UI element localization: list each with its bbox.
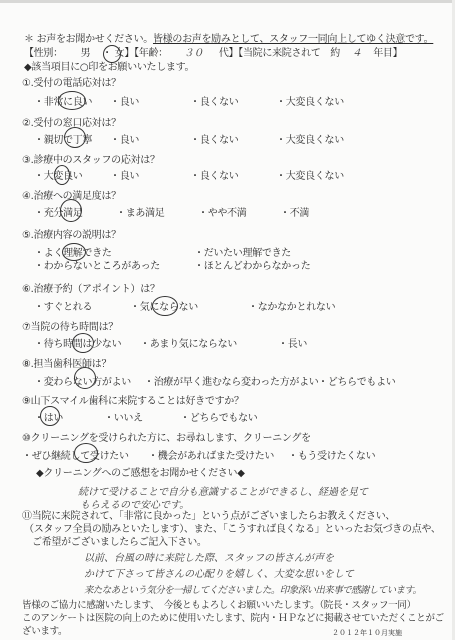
q7-option-3[interactable]: ・長い bbox=[278, 339, 307, 351]
q4-option-4[interactable]: ・不満 bbox=[280, 208, 309, 220]
q10-option-1[interactable]: ・ぜひ継続して受けたい bbox=[22, 451, 129, 463]
q5-option-2[interactable]: ・だいたい理解できた bbox=[194, 248, 291, 260]
respondent-info: 【性別： 男 ・ 女】【年齢： ３０ 代】【当院に来院されて 約 ４ 年目】 bbox=[24, 48, 402, 60]
age-value: ３０ bbox=[184, 48, 203, 59]
q1-option-4[interactable]: ・大変良くない bbox=[276, 97, 344, 109]
question-2-label: ②.受付の窓口応対は？ bbox=[22, 118, 121, 130]
q6-option-2[interactable]: ・気にならない bbox=[130, 302, 198, 314]
question-11-line-3: ご希望がございましたらご記入下さい。 bbox=[32, 537, 207, 549]
q1-option-3[interactable]: ・良くない bbox=[190, 97, 239, 109]
q8-option-2[interactable]: ・治療が早く進むなら変わった方がよい bbox=[144, 377, 319, 389]
visit-label: 【当院に来院されて 約 bbox=[238, 48, 340, 59]
age-suffix: 代】 bbox=[219, 48, 238, 59]
q2-option-2[interactable]: ・良い bbox=[110, 135, 139, 147]
footer-date: ２０１２年１０月実施 bbox=[332, 628, 402, 638]
q3-option-1[interactable]: ・大変良い bbox=[34, 171, 83, 183]
question-4-label: ④.治療への満足度は？ bbox=[22, 191, 121, 203]
q10-option-2[interactable]: ・機会があればまた受けたい bbox=[148, 451, 274, 463]
instruction: ◆該当項目に○印をお願いいたします。 bbox=[24, 62, 194, 74]
q7-option-2[interactable]: ・あまり気にならない bbox=[140, 339, 237, 351]
q8-option-3[interactable]: ・どちらでもよい bbox=[318, 377, 396, 389]
visit-value: ４ bbox=[352, 48, 362, 59]
q11-answer-line-2[interactable]: かけて下さって皆さんの心配りを嬉しく、大変な思いをして bbox=[84, 568, 354, 581]
q11-answer-line-3[interactable]: 来たなあという気分を一掃してくださいました。印象深い出来事で感謝しています。 bbox=[84, 584, 421, 597]
q8-option-1[interactable]: ・変わらない方がよい bbox=[34, 377, 131, 389]
gender-separator: ・ bbox=[102, 48, 112, 59]
cleaning-feedback-line-1[interactable]: 続けて受けることで自分も意識することができるし、経過を見て bbox=[78, 486, 368, 499]
q9-option-1[interactable]: ・はい bbox=[34, 413, 63, 425]
q4-option-3[interactable]: ・やや不満 bbox=[198, 208, 247, 220]
q9-option-3[interactable]: ・どちらでもない bbox=[180, 413, 258, 425]
q9-option-2[interactable]: ・いいえ bbox=[104, 413, 143, 425]
q5-option-4[interactable]: ・ほとんどわからなかった bbox=[194, 261, 310, 273]
q3-option-4[interactable]: ・大変良くない bbox=[276, 171, 344, 183]
intro-underlined: 皆様のお声を励みとして、スタッフ一同向上してゆく決意です。 bbox=[153, 34, 433, 45]
q2-option-4[interactable]: ・大変良くない bbox=[276, 135, 344, 147]
footer-notice-line-2: ざいます。 bbox=[22, 626, 67, 638]
q3-option-3[interactable]: ・良くない bbox=[190, 171, 239, 183]
intro-line: ＊ お声をお聞かせください。皆様のお声を励みとして、スタッフ一同向上してゆく決意… bbox=[24, 34, 433, 46]
q1-option-2[interactable]: ・良い bbox=[110, 97, 139, 109]
question-6-label: ⑥.治療予約（アポイント）は？ bbox=[22, 284, 160, 296]
gender-close: 】 bbox=[124, 48, 134, 59]
q2-option-1[interactable]: ・親切で丁寧 bbox=[34, 135, 92, 147]
question-3-label: ③.診療中のスタッフの応対は？ bbox=[22, 155, 160, 167]
q6-option-1[interactable]: ・すぐとれる bbox=[34, 302, 92, 314]
question-11-line-2: （スタッフ全員の励みといたします）、また、「こうすれば良くなる」といったお気づき… bbox=[24, 524, 441, 536]
q10-option-3[interactable]: ・もう受けたくない bbox=[288, 451, 375, 463]
age-label: 【年齢： bbox=[134, 48, 168, 59]
question-9-label: ⑨山下スマイル歯科に来院することは好きですか？ bbox=[22, 396, 244, 408]
q5-option-3[interactable]: ・わからないところがあった bbox=[34, 261, 160, 273]
q6-option-3[interactable]: ・なかなかとれない bbox=[248, 302, 335, 314]
q5-option-1[interactable]: ・よく理解できた bbox=[34, 248, 112, 260]
intro-prefix: ＊ お声をお聞かせください。 bbox=[24, 34, 153, 45]
scan-edge-top bbox=[0, 0, 455, 3]
q7-option-1[interactable]: ・待ち時間は少ない bbox=[34, 339, 121, 351]
gender-label: 【性別： bbox=[24, 48, 63, 59]
q11-answer-line-1[interactable]: 以前、台風の時に来院した際、スタッフの皆さんが声を bbox=[84, 552, 334, 565]
footer-notice-line-1: このアンケートは医院の向上のために使用いたします、院内・ＨＰなどに掲載させていた… bbox=[22, 613, 444, 625]
question-7-label: ⑦当院の待ち時間は？ bbox=[22, 322, 118, 334]
question-5-label: ⑤.治療内容の説明は？ bbox=[22, 230, 121, 242]
q2-option-3[interactable]: ・良くない bbox=[190, 135, 239, 147]
gender-male: 男 bbox=[81, 48, 91, 59]
cleaning-feedback-prompt: ◆クリーニングへのご感想をお聞かせください◆ bbox=[36, 468, 245, 480]
question-10-label: ⑩クリーニングを受けられた方に、お尋ねします、クリーニングを bbox=[22, 433, 311, 445]
q4-option-2[interactable]: ・まあ満足 bbox=[116, 208, 165, 220]
q1-option-1[interactable]: ・非常に良い bbox=[34, 97, 92, 109]
question-8-label: ⑧.担当歯科医師は？ bbox=[22, 359, 111, 371]
q4-option-1[interactable]: ・充分満足 bbox=[34, 208, 83, 220]
footer-thanks: 皆様のご協力に感謝いたします、 今後ともよろしくお願いいたします。（院長・スタッ… bbox=[22, 600, 416, 612]
question-1-label: ①.受付の電話応対は？ bbox=[22, 78, 121, 90]
gender-female: 女 bbox=[115, 48, 125, 59]
question-11-line-1: ⑪当院に来院されて、「非常に良かった」という点がございましたらお教えください、 bbox=[22, 511, 395, 523]
q3-option-2[interactable]: ・良い bbox=[110, 171, 139, 183]
visit-suffix: 年目】 bbox=[373, 48, 402, 59]
